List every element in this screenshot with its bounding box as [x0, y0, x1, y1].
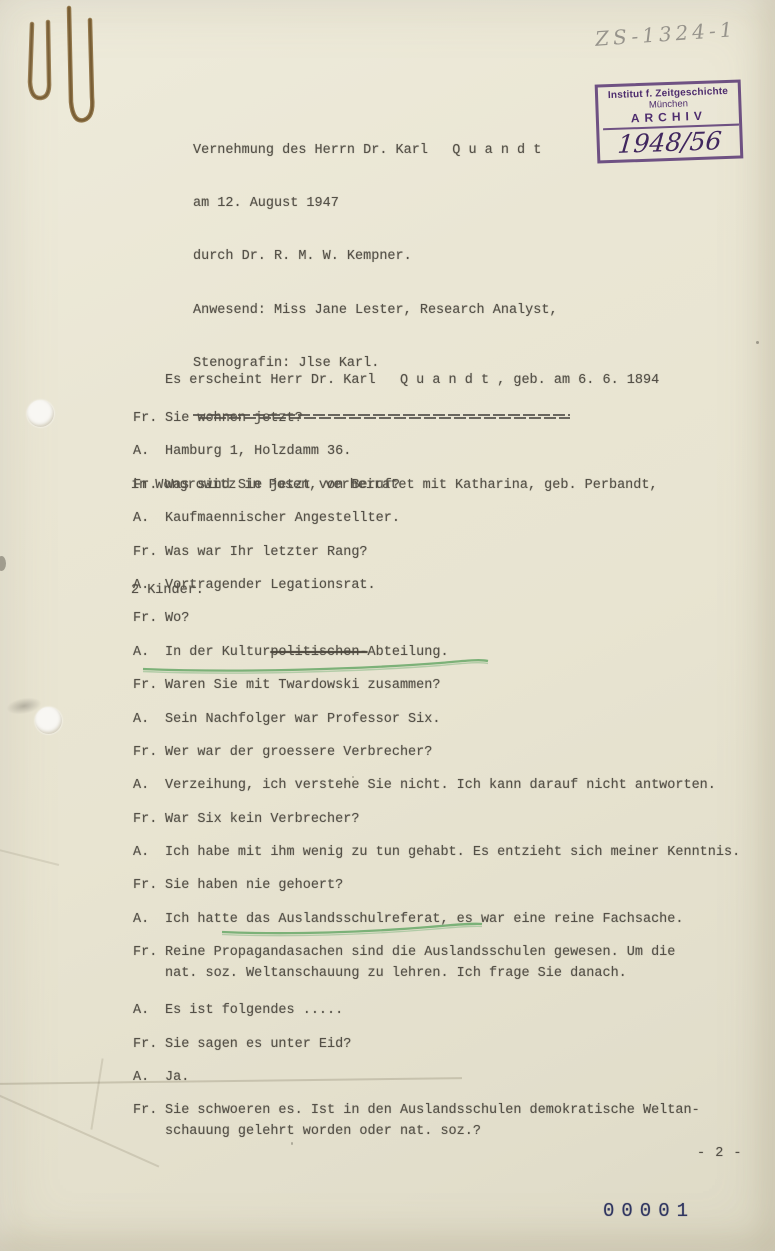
pencil-shelfmark: ZS-1324-1: [594, 17, 737, 51]
speaker-label: Fr.: [133, 809, 165, 830]
qa-row: A. Ich habe mit ihm wenig zu tun gehabt.…: [133, 842, 761, 863]
qa-row: Fr. War Six kein Verbrecher?: [133, 809, 761, 830]
qa-row: Fr. Sie sagen es unter Eid?: [133, 1034, 761, 1055]
punch-hole: [27, 400, 54, 427]
speaker-label: A.: [133, 1067, 165, 1088]
qa-row: Fr. Sie wohnen jetzt?: [133, 408, 761, 429]
speaker-label: A.: [133, 575, 165, 596]
scanned-document-page: ZS-1324-1 Institut f. Zeitgeschichte Mün…: [0, 0, 775, 1251]
header-date: am 12. August 1947: [193, 195, 570, 213]
paper-speck: [291, 1142, 293, 1145]
qa-row: Fr. Was sind Sie jetzt von Beruf?: [133, 475, 761, 496]
qa-text: Wo?: [165, 608, 189, 629]
speaker-label: Fr.: [133, 408, 165, 429]
speaker-label: Fr.: [133, 542, 165, 563]
stamp-accession-number: 1948/56: [600, 124, 739, 161]
qa-text: Sie haben nie gehoert?: [165, 875, 343, 896]
qa-row: Fr. Wo?: [133, 608, 761, 629]
qa-transcript: Fr. Sie wohnen jetzt? A. Hamburg 1, Holz…: [133, 408, 761, 1155]
green-pencil-underline: [219, 921, 487, 939]
qa-text: Verzeihung, ich verstehe Sie nicht. Ich …: [165, 775, 716, 796]
qa-text: Was sind Sie jetzt von Beruf?: [165, 475, 400, 496]
qa-text: Waren Sie mit Twardowski zusammen?: [165, 675, 440, 696]
speaker-label: Fr.: [133, 675, 165, 696]
speaker-label: A.: [133, 909, 165, 930]
speaker-label: A.: [133, 441, 165, 462]
qa-text: Sie schwoeren es. Ist in den Auslandssch…: [165, 1100, 700, 1142]
qa-text: Es ist folgendes .....: [165, 1000, 343, 1021]
qa-text: Reine Propagandasachen sind die Auslands…: [165, 942, 675, 984]
qa-row: A. Vortragender Legationsrat.: [133, 575, 761, 596]
header-title: Vernehmung des Herrn Dr. Karl Q u a n d …: [193, 142, 570, 160]
qa-text: Ja.: [165, 1067, 189, 1088]
qa-row: Fr. Sie haben nie gehoert?: [133, 875, 761, 896]
speaker-label: A.: [133, 775, 165, 796]
intro-line: Es erscheint Herr Dr. Karl Q u a n d t ,…: [131, 363, 659, 398]
paper-crease: [90, 1058, 103, 1129]
qa-row: A. Es ist folgendes .....: [133, 1000, 761, 1021]
qa-row: A. Hamburg 1, Holzdamm 36.: [133, 441, 761, 462]
qa-text-line: Reine Propagandasachen sind die Auslands…: [165, 942, 675, 963]
paper-speck: [352, 776, 354, 778]
qa-row: A. Verzeihung, ich verstehe Sie nicht. I…: [133, 775, 761, 796]
qa-text: Was war Ihr letzter Rang?: [165, 542, 368, 563]
qa-text: Ich habe mit ihm wenig zu tun gehabt. Es…: [165, 842, 740, 863]
speaker-label: Fr.: [133, 942, 165, 984]
speaker-label: A.: [133, 842, 165, 863]
speaker-label: Fr.: [133, 1100, 165, 1142]
speaker-label: Fr.: [133, 1034, 165, 1055]
qa-row: Fr. Waren Sie mit Twardowski zusammen?: [133, 675, 761, 696]
green-pencil-underline: [140, 656, 492, 676]
page-number: - 2 -: [697, 1146, 743, 1161]
speaker-label: A.: [133, 508, 165, 529]
qa-row-two-lines: Fr. Sie schwoeren es. Ist in den Ausland…: [133, 1100, 761, 1142]
speaker-label: A.: [133, 709, 165, 730]
qa-row: Fr. Was war Ihr letzter Rang?: [133, 542, 761, 563]
qa-text-line: nat. soz. Weltanschauung zu lehren. Ich …: [165, 963, 675, 984]
qa-text: Hamburg 1, Holzdamm 36.: [165, 441, 351, 462]
qa-text: Vortragender Legationsrat.: [165, 575, 376, 596]
qa-text: Sie sagen es unter Eid?: [165, 1034, 351, 1055]
speaker-label: Fr.: [133, 475, 165, 496]
qa-text: War Six kein Verbrecher?: [165, 809, 359, 830]
serial-number-stamp: 00001: [603, 1200, 695, 1222]
speaker-label: Fr.: [133, 742, 165, 763]
qa-text-line: schauung gelehrt worden oder nat. soz.?: [165, 1121, 700, 1142]
qa-text: Kaufmaennischer Angestellter.: [165, 508, 400, 529]
speaker-label: Fr.: [133, 608, 165, 629]
paper-speck: [756, 341, 759, 344]
qa-text: Sie wohnen jetzt?: [165, 408, 303, 429]
header-interrogator: durch Dr. R. M. W. Kempner.: [193, 248, 570, 266]
paper-crease: [0, 848, 59, 865]
paperclip-rust-mark: [16, 2, 126, 182]
qa-row-two-lines: Fr. Reine Propagandasachen sind die Ausl…: [133, 942, 761, 984]
qa-text: Sein Nachfolger war Professor Six.: [165, 709, 440, 730]
qa-row: Fr. Wer war der groessere Verbrecher?: [133, 742, 761, 763]
punch-hole: [35, 707, 62, 734]
qa-text-line: Sie schwoeren es. Ist in den Auslandssch…: [165, 1100, 700, 1121]
qa-row: A. Sein Nachfolger war Professor Six.: [133, 709, 761, 730]
speaker-label: Fr.: [133, 875, 165, 896]
archive-stamp: Institut f. Zeitgeschichte München ARCHI…: [595, 79, 744, 163]
qa-row: A. Kaufmaennischer Angestellter.: [133, 508, 761, 529]
speaker-label: A.: [133, 1000, 165, 1021]
qa-text: Wer war der groessere Verbrecher?: [165, 742, 432, 763]
edge-smudge: [0, 556, 6, 571]
